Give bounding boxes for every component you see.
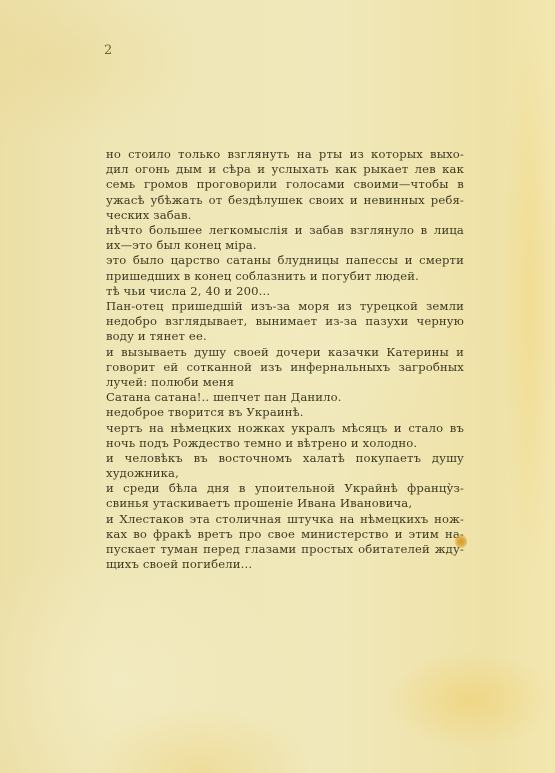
text-line: Пан-отец пришедшій изъ-за моря из турецк… [106, 299, 464, 314]
text-line: недобро взглядывает, вынимает из-за пазу… [106, 314, 464, 329]
text-line: художника, [106, 466, 464, 481]
text-line: тѣ чьи числа 2, 40 и 200... [106, 284, 464, 299]
text-line: недоброе творится въ Украинѣ. [106, 405, 464, 420]
text-line: нѣчто большее легкомыслія и забав взглян… [106, 223, 464, 238]
text-line: лучей: полюби меня [106, 375, 464, 390]
text-line: пускает туман перед глазами простых обит… [106, 542, 464, 557]
page-number: 2 [104, 43, 112, 58]
text-line: но стоило только взглянуть на рты из кот… [106, 147, 464, 162]
text-line: ках во фракѣ вретъ про свое министерство… [106, 527, 464, 542]
text-line: воду и тянет ее. [106, 329, 464, 344]
text-line: ческих забав. [106, 208, 464, 223]
text-line: Сатана сатана!.. шепчет пан Данило. [106, 390, 464, 405]
text-line: свинья утаскиваетъ прошеніе Ивана Иванов… [106, 496, 464, 511]
text-line: говорит ей сотканной изъ инфернальныхъ з… [106, 360, 464, 375]
text-line: и вызываеть душу своей дочери казачки Ка… [106, 345, 464, 360]
paper-stain [455, 535, 467, 548]
text-line: щихъ своей погибели... [106, 557, 464, 572]
scanned-page: 2 но стоило только взглянуть на рты из к… [0, 0, 555, 773]
text-line: семь громов проговорили голосами своими—… [106, 177, 464, 192]
poem-text-block: но стоило только взглянуть на рты из кот… [106, 147, 464, 572]
text-line: это было царство сатаны блудницы папессы… [106, 253, 464, 268]
text-line: ночь подъ Рождество темно и вѣтрено и хо… [106, 436, 464, 451]
text-line: чертъ на нѣмецких ножках укралъ мѣсяцъ и… [106, 421, 464, 436]
text-line: и Хлестаков эта столичная штучка на нѣме… [106, 512, 464, 527]
text-line: и человѣкъ въ восточномъ халатѣ покупает… [106, 451, 464, 466]
text-line: их—это был конец міра. [106, 238, 464, 253]
text-line: и среди бѣла дня в упоительной Украйнѣ ф… [106, 481, 464, 496]
text-line: дил огонь дым и сѣра и услыхать как рыка… [106, 162, 464, 177]
text-line: пришедших в конец соблазнить и погубит л… [106, 269, 464, 284]
text-line: ужасѣ убѣжать от бездѣлушек своих и неви… [106, 193, 464, 208]
